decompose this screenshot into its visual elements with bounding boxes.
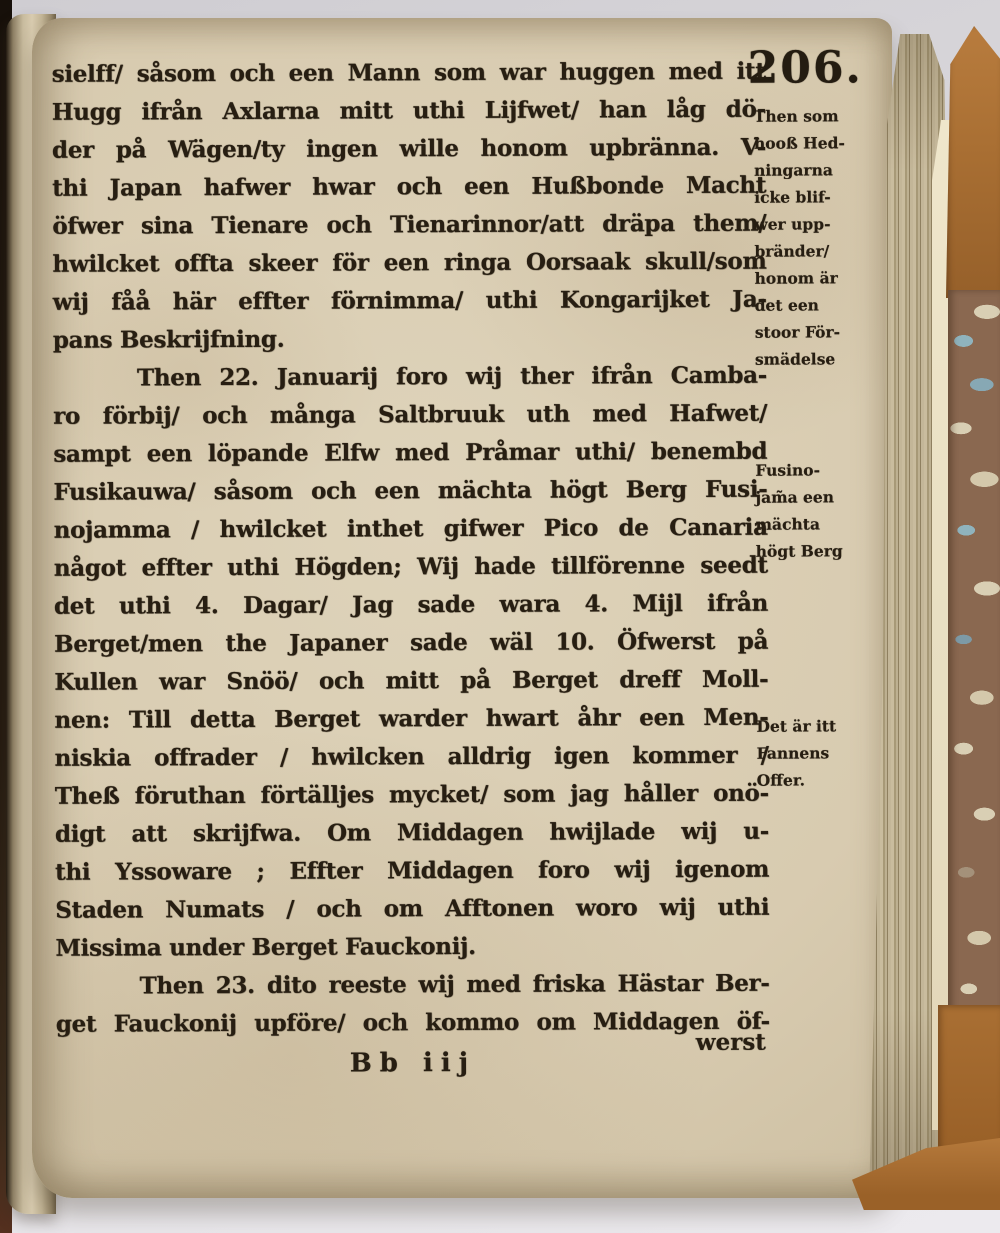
book-page: 206. sielff/ såsom och een Mann som war … [32, 18, 892, 1198]
margin-note-fusinojamma: Fusino-jam̃a eenmächtahögt Berg [755, 456, 887, 565]
margin-note-line: stoor För- [755, 318, 887, 346]
text-line: thi Yssoware ; Effter Middagen foro wij … [55, 851, 769, 892]
text-line: Then 22. Januarij foro wij ther ifrån Ca… [53, 357, 767, 398]
text-line: öfwer sina Tienare och Tienarinnor/att d… [52, 205, 766, 246]
margin-note-line: ningarna [754, 156, 886, 184]
margin-note-line: högt Berg [756, 537, 888, 565]
text-line: hwilcket offta skeer för een ringa Oorsa… [52, 243, 766, 284]
text-line: thi Japan hafwer hwar och een Hußbonde M… [52, 167, 766, 208]
text-line: något effter uthi Högden; Wij hade tillf… [54, 547, 768, 588]
margin-note-line: mächta [756, 510, 888, 538]
text-line: Missima under Berget Fauckonij. [55, 927, 769, 968]
text-line: det uthi 4. Dagar/ Jag sade wara 4. Mijl… [54, 585, 768, 626]
margin-note-line: wer upp- [754, 210, 886, 238]
main-text-block: sielff/ såsom och een Mann som war hugge… [52, 53, 770, 1044]
text-line: der på Wägen/ty ingen wille honom upbrän… [52, 129, 766, 170]
text-line: ro förbij/ och många Saltbruuk uth med H… [53, 395, 767, 436]
text-line: pans Beskrijfning. [53, 319, 767, 360]
margin-note-line: honom är [755, 264, 887, 292]
margin-note-line: Offer. [757, 766, 889, 794]
margin-note-line: Det är itt [756, 712, 888, 740]
leather-binding-top [946, 26, 1000, 298]
text-line: Berget/men the Japaner sade wäl 10. Öfwe… [54, 623, 768, 664]
margin-note-line: Fusino- [755, 456, 887, 484]
text-line: nen: Till detta Berget warder hwart åhr … [54, 699, 768, 740]
signature-mark: Bb iij [56, 1047, 770, 1080]
text-line: niskia offrader / hwilcken alldrig igen … [55, 737, 769, 778]
margin-note-line: Fannens [757, 739, 889, 767]
margin-note-line: Then som [754, 102, 886, 130]
text-line: Then 23. dito reeste wij med friska Häst… [56, 965, 770, 1006]
text-line: Hugg ifrån Axlarna mitt uthi Lijfwet/ ha… [52, 91, 766, 132]
margin-note-line: bränder/ [754, 237, 886, 265]
marbled-endpaper [948, 290, 1000, 1018]
margin-note-offer: Det är ittFannensOffer. [756, 712, 888, 794]
margin-note-line: smädelse [755, 345, 887, 373]
margin-note-line: hooß Hed- [754, 129, 886, 157]
text-line: sielff/ såsom och een Mann som war hugge… [52, 53, 766, 94]
signature-row: werst Bb iij [56, 1041, 770, 1084]
margin-note-line: jam̃a een [755, 483, 887, 511]
text-line: wij fåå här effter förnimma/ uthi Kongar… [53, 281, 767, 322]
margin-note-cremation: Then somhooß Hed-ningarnaicke blif-wer u… [754, 102, 887, 373]
photo-of-open-book: 206. sielff/ såsom och een Mann som war … [0, 0, 1000, 1233]
text-line: Fusikauwa/ såsom och een mächta högt Ber… [53, 471, 767, 512]
text-line: sampt een löpande Elfw med Pråmar uthi/ … [53, 433, 767, 474]
text-line: Kullen war Snöö/ och mitt på Berget dref… [54, 661, 768, 702]
margin-note-line: icke blif- [754, 183, 886, 211]
text-line: digt att skrijfwa. Om Middagen hwijlade … [55, 813, 769, 854]
text-line: Staden Numats / och om Afftonen woro wij… [55, 889, 769, 930]
text-line: get Fauckonij upföre/ och kommo om Midda… [56, 1003, 770, 1044]
page-number: 206. [748, 42, 888, 94]
text-line: nojamma / hwilcket inthet gifwer Pico de… [54, 509, 768, 550]
text-line: Theß föruthan förtälljes mycket/ som jag… [55, 775, 769, 816]
page-content: 206. sielff/ såsom och een Mann som war … [29, 16, 894, 1200]
margin-note-line: det een [755, 291, 887, 319]
